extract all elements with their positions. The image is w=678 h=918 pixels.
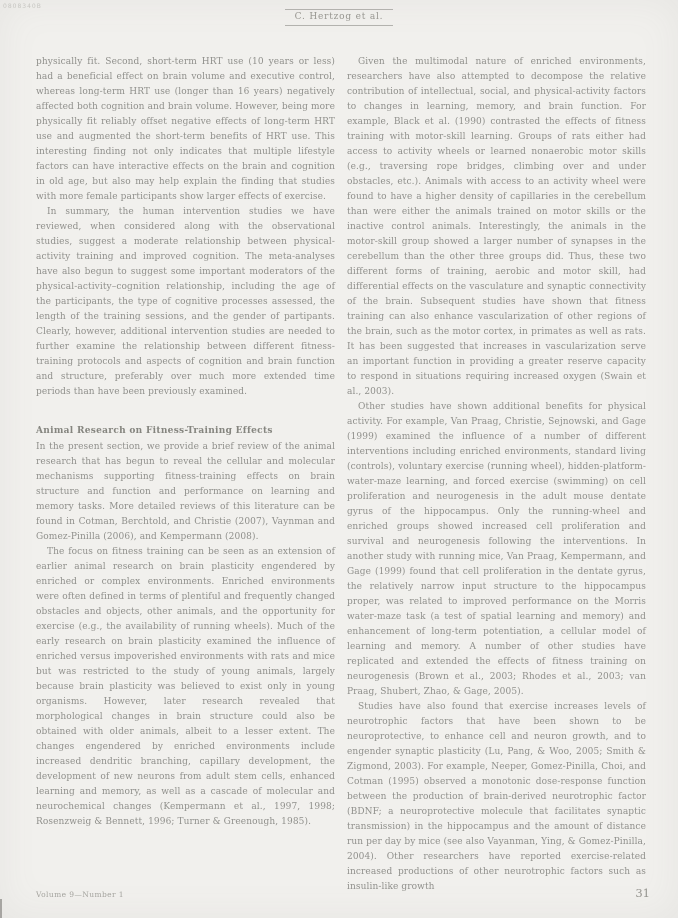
paragraph: The focus on fitness training can be see… [36,545,335,830]
page-number: 31 [635,886,650,900]
paragraph: In the present section, we provide a bri… [36,440,335,545]
scan-edge-artifact [0,899,2,918]
running-head: C. Hertzog et al. [0,4,678,26]
right-column: Given the multimodal nature of enriched … [347,55,646,895]
two-column-body: physically fit. Second, short-term HRT u… [36,55,646,895]
paragraph: Other studies have shown additional bene… [347,400,646,700]
paragraph: Studies have also found that exercise in… [347,700,646,895]
left-column: physically fit. Second, short-term HRT u… [36,55,335,895]
page-footer: Volume 9—Number 1 31 [36,886,650,900]
running-head-text: C. Hertzog et al. [285,9,394,26]
paragraph: physically fit. Second, short-term HRT u… [36,55,335,205]
journal-page: 0808340B C. Hertzog et al. physically fi… [0,0,678,918]
paragraph: Given the multimodal nature of enriched … [347,55,646,400]
paragraph: In summary, the human intervention studi… [36,205,335,400]
volume-label: Volume 9—Number 1 [36,890,124,899]
section-heading: Animal Research on Fitness-Training Effe… [36,424,335,439]
